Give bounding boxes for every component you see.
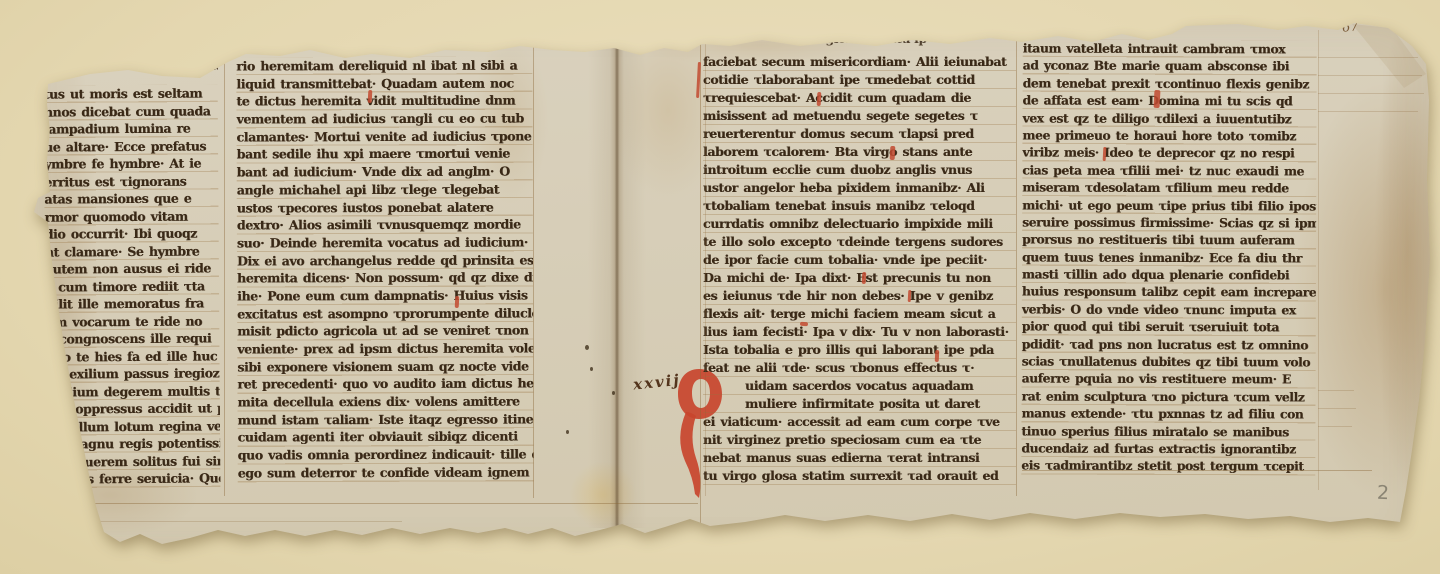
manuscript-text-line: um vocarum te ride no (45, 312, 219, 331)
fold-seam (610, 48, 624, 528)
manuscript-text-line: currdatis omnibz delectuario impixide mi… (703, 215, 1016, 233)
manuscript-text-line: ustos τpecores iustos ponebat alatere (237, 198, 533, 217)
corner-inscription: 67 (1341, 19, 1359, 35)
manuscript-text-line: a psillum lotum regina ve (46, 417, 220, 436)
ruling-line-vertical (705, 44, 706, 496)
manuscript-text-line: te dictus heremita vidit multitudine dnm (236, 92, 532, 111)
manuscript-text-line: introitum ecclie cum duobz anglis vnus (703, 161, 1016, 179)
manuscript-text-line: feat ne alii τde· scus τbonus effectus τ… (703, 359, 1016, 377)
rubrication-mark (455, 296, 460, 308)
manuscript-text-line: Dix ei avo archangelus redde qd prinsita… (237, 251, 533, 270)
manuscript-text-line: vex est qz te diligo τdilexi a iuuentuti… (1022, 109, 1316, 127)
manuscript-text-line: hilit ille memoratus fra (45, 294, 219, 313)
ruling-line-vertical (1318, 30, 1319, 490)
rubrication-mark (862, 272, 867, 284)
manuscript-text-line: ubz oppressus accidit ut p (46, 399, 220, 418)
manuscript-text-line: reuerterentur domus secum τlapsi pred (703, 125, 1016, 143)
manuscript-text-line: dio occurrit· Ibi quoqz (45, 224, 219, 243)
manuscript-text-line: τrequiescebat· Accidit cum quadam die (703, 89, 1016, 107)
manuscript-text-line: o horis ferre seruicia· Que (46, 469, 220, 488)
ruling-line-horizontal (1022, 470, 1372, 471)
ruling-line-horizontal (1318, 93, 1424, 94)
ruling-line-horizontal (1318, 75, 1422, 76)
ruling-line-vertical (1016, 38, 1017, 496)
manuscript-text-line: pdidit· τad pns non lucratus est tz omni… (1022, 335, 1316, 353)
parchment-speck (82, 497, 87, 503)
ruling-line-horizontal (1318, 57, 1418, 58)
ruling-line-vertical (533, 46, 534, 498)
manuscript-text-line: cuidam agenti iter obviauit sibiqz dicen… (238, 428, 534, 447)
manuscript-text-line: bant sedile ihu xpi maere τmortui venie (237, 145, 533, 164)
manuscript-text-line: itaum vatelleta intrauit cambram τmox (1023, 39, 1317, 57)
manuscript-text-line: ad yconaz Bte marie quam absconse ibi (1023, 57, 1317, 75)
manuscript-text-line: verbis· O do vnde video τnunc imputa ex (1022, 300, 1316, 318)
manuscript-text-line: seruire possimus firmissime· Scias qz si… (1022, 213, 1316, 231)
rubrication-mark (817, 92, 822, 106)
manuscript-text-line: rmor quomodo vitam (44, 207, 218, 226)
manuscript-text-line: rat enim sculptura τno pictura τcum vell… (1021, 387, 1315, 405)
manuscript-text-line: Ista tobalia e pro illis qui laborant ip… (703, 341, 1016, 359)
manuscript-text-line: tinuo sperius filius miratalo se manibus (1021, 422, 1315, 440)
manuscript-text-line: michi· ut ego peum τipe prius tibi filio… (1022, 196, 1316, 214)
manuscript-text-line: excitatus est asompno τprorumpente diluc… (237, 304, 533, 323)
manuscript-text-line: suo· Deinde heremita vocatus ad iudicium… (237, 233, 533, 252)
rubrication-mark (1154, 90, 1161, 108)
ruling-line-vertical (224, 56, 225, 496)
trimmed-top-line: am dereli ut deinde heremi (290, 43, 533, 52)
manuscript-text-line: recongnoscens ille requi (45, 329, 219, 348)
parchment-speck (612, 391, 615, 395)
manuscript-text-line: manus extende· τtu pxnnas tz ad filiu co… (1021, 405, 1315, 423)
manuscript-text-line: bant ad iudicium· Vnde dix ad anglm· O (237, 163, 533, 182)
manuscript-text-line: de affata est eam· Domina mi tu scis qd (1023, 92, 1317, 110)
rubrication-mark (935, 350, 940, 362)
manuscript-text-line: dem tenebat prexit τcontinuo flexis geni… (1023, 74, 1317, 92)
manuscript-text-line: faciebat secum misericordiam· Alii ieiun… (703, 53, 1016, 71)
text-column-1: tus ut moris est seltamnnos dicebat cum … (44, 84, 221, 488)
manuscript-text-line: quem tuus tenes inmanibz· Ece fa diu thr (1022, 248, 1316, 266)
manuscript-text-line: um viuerem solitus fui sin (46, 452, 220, 471)
manuscript-text-line: rio heremitam dereliquid nl ibat nl sibi… (236, 56, 532, 75)
rubrication-mark (368, 90, 373, 103)
manuscript-text-line: nit virginez pretio speciosam cum ea τte (703, 431, 1016, 449)
manuscript-text-line: scias τnullatenus dubites qz tibi tuum v… (1022, 353, 1316, 371)
manuscript-text-line: nt clamare· Se hymbre (45, 242, 219, 261)
manuscript-text-line: heremita dicens· Non possum· qd qz dixe … (237, 269, 533, 288)
manuscript-text-line: es ieiunus τde hir non debes· Ipe v geni… (703, 287, 1016, 305)
manuscript-text-line: atas mansiones que e (44, 189, 218, 208)
manuscript-text-line: prorsus no restitueris tibi tuum auferam (1022, 231, 1316, 249)
manuscript-text-line: quo te hies fa ed ille huc (45, 347, 219, 366)
text-column-2: rio heremitam dereliquid nl ibat nl sibi… (236, 56, 533, 482)
ruling-line-vertical (700, 44, 701, 528)
manuscript-text-line: Da michi de· Ipa dixt· Est precunis tu n… (703, 269, 1016, 287)
manuscript-text-line: ei viaticum· accessit ad eam cum corpe τ… (703, 413, 1016, 431)
ruling-line-horizontal (1318, 111, 1418, 112)
manuscript-text-line: nnos dicebat cum quada (44, 102, 218, 121)
manuscript-text-line: ego sum deterror te confide videam ignem (238, 463, 534, 482)
manuscript-text-line: a cum timore rediit τta (45, 277, 219, 296)
parchment-speck (566, 430, 569, 434)
manuscript-text-line: erritus est τignorans (44, 172, 218, 191)
parchment-surface: xxvij 67 2 tus ut moris est seltamnnos d… (0, 0, 1440, 574)
manuscript-text-line: mee primeuo te horaui hore toto τomibz (1022, 126, 1316, 144)
manuscript-text-line: viribz meis· Ideo te deprecor qz no resp… (1022, 144, 1316, 162)
manuscript-text-line: ret precedenti· quo vo audito iam dictus… (237, 375, 533, 394)
manuscript-text-line: te illo solo excepto τdeinde tergens sud… (703, 233, 1016, 251)
parchment-speck (585, 345, 589, 350)
photo-background: xxvij 67 2 tus ut moris est seltamnnos d… (0, 0, 1440, 574)
manuscript-text-line: angle michahel api libz τlege τlegebat (237, 180, 533, 199)
rubrication-mark (800, 322, 808, 326)
manuscript-text-line: ducendaiz ad furtas extractis ignorantib… (1021, 439, 1315, 457)
manuscript-text-line: cotidie τlaborabant ipe τmedebat cottid (703, 71, 1016, 89)
manuscript-text-line: cias peta mea τfilii mei· tz nuc exaudi … (1022, 161, 1316, 179)
ruling-line-horizontal (1318, 408, 1356, 409)
manuscript-text-line: liquid transmittebat· Quadam autem noc (236, 74, 532, 93)
manuscript-text-line: de magnu regis potentissia (46, 434, 220, 453)
manuscript-text-line: laborem τcalorem· Bta virgo stans ante (703, 143, 1016, 161)
manuscript-text-line: quo vadis omnia perordinez indicauit· ti… (238, 446, 534, 465)
manuscript-text-line: ue altare· Ecce prefatus (44, 137, 218, 156)
manuscript-text-line: veniente· prex ad ipsm dictus heremita v… (237, 339, 533, 358)
manuscript-text-line: ustor angelor heba pixidem inmanibz· Ali (703, 179, 1016, 197)
manuscript-text-line: sibi exponere visionem suam qz nocte vid… (237, 357, 533, 376)
manuscript-text-line: ihe· Pone eum cum dampnatis· Huius visis (237, 286, 533, 305)
manuscript-text-line: mund istam τaliam· Iste itaqz egresso it… (237, 410, 533, 429)
manuscript-text-line: dextro· Alios asimili τvnusquemqz mordie (237, 216, 533, 235)
ruling-line-horizontal (62, 521, 402, 522)
trimmed-top-line: em ut mo dem (140, 66, 218, 75)
parchment-speck (590, 367, 593, 371)
manuscript-text-line: uidam sacerdos vocatus aquadam (703, 377, 1016, 395)
folio-number-pencil: 2 (1377, 482, 1390, 504)
trimmed-top-line: τreligione spiritu ip (795, 39, 1016, 48)
text-column-3: faciebat secum misericordiam· Alii ieiun… (703, 53, 1016, 485)
manuscript-text-line: auferre pquia no vis restituere meum· E (1022, 370, 1316, 388)
manuscript-text-line: pior quod qui tibi seruit τseruiuit tota (1022, 318, 1316, 336)
ruling-line-horizontal (1318, 426, 1352, 427)
manuscript-text-line: de ipor facie cum tobalia· vnde ipe peci… (703, 251, 1016, 269)
manuscript-text-line: misit pdicto agricola ut ad se veniret τ… (237, 322, 533, 341)
ruling-line-horizontal (50, 503, 698, 504)
manuscript-text-line: flexis ait· terge michi faciem meam sicu… (703, 305, 1016, 323)
manuscript-text-line: huius responsum talibz cepit eam increpa… (1022, 283, 1316, 301)
manuscript-text-line: misissent ad metuendu segete segetes τ (703, 107, 1016, 125)
rubrication-mark (908, 290, 912, 302)
manuscript-text-line: clamantes· Mortui venite ad iudicius τpo… (237, 127, 533, 146)
rubrication-mark (890, 146, 896, 160)
manuscript-text-line: bi dium degerem multis tr (46, 382, 220, 401)
manuscript-text-line: ymbre fe hymbre· At ie (44, 154, 218, 173)
text-column-4: itaum vatelleta intrauit cambram τmoxad … (1021, 39, 1317, 475)
ruling-line-horizontal (1318, 390, 1354, 391)
manuscript-text-line: nebat manus suas edierna τerat intransi (703, 449, 1016, 467)
manuscript-text-line: vementem ad iudicius τangli cu eo cu tub (236, 110, 532, 129)
manuscript-text-line: masti τillin ado dqua plenarie confidebi (1022, 266, 1316, 284)
manuscript-text-line: lius iam fecisti· Ipa v dix· Tu v non la… (703, 323, 1016, 341)
manuscript-text-line: mita decellula exiens dix· volens amitte… (237, 393, 533, 412)
manuscript-text-line: τtobaliam tenebat insuis manibz τeloqd (703, 197, 1016, 215)
manuscript-fragment: xxvij 67 2 tus ut moris est seltamnnos d… (0, 0, 1440, 574)
manuscript-text-line: miseram τdesolatam τfilium meu redde (1022, 179, 1316, 197)
manuscript-text-line: eis τadmirantibz stetit post tergum τcep… (1021, 457, 1315, 475)
manuscript-text-line: lampadium lumina re (44, 119, 218, 138)
manuscript-text-line: fui exilium passus iregioz (46, 364, 220, 383)
manuscript-text-line: muliere infirmitate posita ut daret (703, 395, 1016, 413)
manuscript-text-line: autem non ausus ei ride (45, 259, 219, 278)
manuscript-text-line: tu virgo glosa statim surrexit τad oraui… (703, 467, 1016, 485)
manuscript-text-line: tus ut moris est seltam (44, 84, 218, 103)
